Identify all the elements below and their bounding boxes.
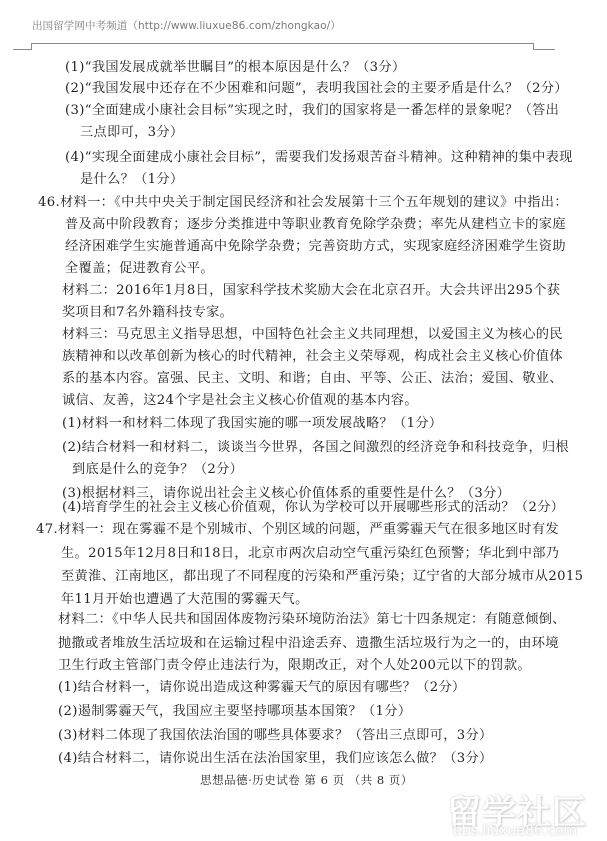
q47-material2-line3: 卫生行政主管部门责令停止违法行为，限期改正，对个人处200元以下的罚款。 [58,658,531,674]
q46-material3-line4: 诚信、友善，这24个字是社会主义核心价值观的基本内容。 [62,393,418,409]
q47-material2-line1: 材料二：《中华人民共和国固体废物污染环境防治法》第七十四条规定：有随意倾倒、 [58,612,566,628]
q46-material2-line1: 材料二：2016年1月8日，国家科学技术奖励大会在北京召开。大会共评出295个获 [62,283,560,299]
q46-material2-line2: 奖项目和7名外籍科技专家。 [62,305,233,321]
q45-sub3: (3)“全面建成小康社会目标”实现之时，我们的国家将是一番怎样的景象呢？（答出 [65,103,559,119]
q45-sub2: (2)“我国发展中还存在不少困难和问题”，表明我国社会的主要矛盾是什么？（2分） [65,81,568,97]
q46-material1-line1: 46.材料一：《中共中央关于制定国民经济和社会发展第十三个五年规划的建议》中指出… [38,195,568,211]
q46-sub2: (2)结合材料一和材料二，谈谈当今世界，各国之间激烈的经济竞争和科技竞争，归根 [62,440,569,456]
q47-material2-line2: 抛撒或者堆放生活垃圾和在运输过程中沿途丢弃、遗撒生活垃圾行为之一的，由环境 [58,636,559,652]
q47-sub1: (1)结合材料一，请你说出造成这种雾霾天气的原因有哪些？（2分） [58,680,466,696]
q46-material1-line2: 普及高中阶段教育；逐步分类推进中等职业教育免除学杂费；率先从建档立卡的家庭 [65,217,566,233]
q45-sub4-cont: 是什么？（1分） [80,172,184,188]
q46-material3-line1: 材料三：马克思主义指导思想，中国特色社会主义共同理想，以爱国主义为核心的民 [62,327,563,343]
site-header-text: 出国留学网中考频道（http://www.liuxue86.com/zhongk… [32,18,341,33]
q45-sub1: (1)“我国发展成就举世瞩目”的根本原因是什么？（3分） [65,60,405,76]
q47-number: 47. [36,522,58,537]
q46-number: 46. [38,195,60,210]
watermark-url: bbs.liuxue86.com [453,823,577,839]
watermark-logo: 留学社区 bbs.liuxue86.com [447,785,607,841]
q47-sub3: (3)材料二体现了我国依法治国的哪些具体要求？（答出三点即可，3分） [58,728,493,744]
q47-material1-line3: 至黄淮、江南地区，都出现了不同程度的污染和严重污染；辽宁省的大部分城市从2015 [61,569,583,585]
q46-material3-line2: 族精神和以改革创新为核心的时代精神，社会主义荣辱观，构成社会主义核心价值体 [62,349,563,365]
q46-material3-line3: 系的基本内容。富强、民主、文明、和谐；自由、平等、公正、法治；爱国、敬业、 [62,371,563,387]
q46-material1-line3: 经济困难学生实施普通高中免除学杂费；完善资助方式，实现家庭经济困难学生资助 [65,239,566,255]
q45-sub3-cont: 三点即可，3分） [80,125,184,141]
q47-material1-line1: 47.材料一：现在雾霾不是个别城市、个别区域的问题，严重雾霾天气在很多地区时有发 [36,522,559,538]
q47-material1-line2: 生。2015年12月8日和18日，北京市两次启动空气重污染红色预警；华北到中部乃 [61,546,559,562]
q47-sub2: (2)遏制雾霾天气，我国应主要坚持哪项基本国策？（1分） [58,704,411,720]
q46-sub2-cont: 到底是什么的竞争？（2分） [72,462,243,478]
q47-sub4: (4)结合材料二，请你说出生活在法治国家里，我们应该怎么做？（3分） [58,751,493,767]
q46-material1-line4: 全覆盖；促进教育公平。 [65,261,214,277]
q46-sub1: (1)材料一和材料二体现了我国实施的哪一项发展战略？（1分） [62,416,442,432]
q47-material1-line4: 年11月开始也遭遇了大范围的雾霾天气。 [61,592,309,608]
q45-sub4: (4)“实现全面建成小康社会目标”，需要我们发扬艰苦奋斗精神。这种精神的集中表现 [65,150,573,166]
q46-sub4: (4)培育学生的社会主义核心价值观，你认为学校可以开展哪些形式的活动？（2分） [62,500,564,516]
